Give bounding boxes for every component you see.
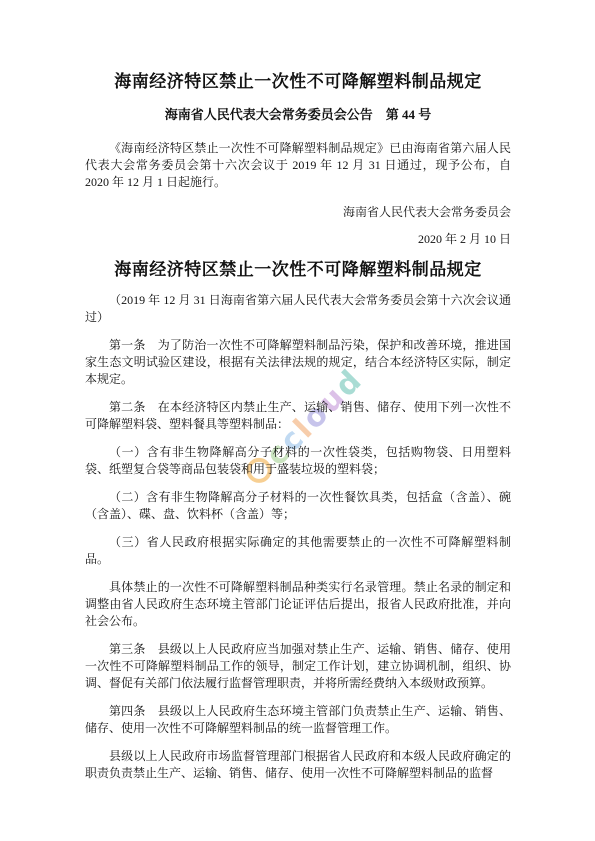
- issue-date: 2020 年 2 月 10 日: [85, 231, 511, 248]
- article-2-item-1: （一）含有非生物降解高分子材料的一次性袋类，包括购物袋、日用塑料袋、纸塑复合袋等…: [85, 444, 511, 478]
- announcement-number: 海南省人民代表大会常务委员会公告 第 44 号: [85, 106, 511, 124]
- article-4: 第四条 县级以上人民政府生态环境主管部门负责禁止生产、运输、销售、储存、使用一次…: [85, 703, 511, 737]
- article-2: 第二条 在本经济特区内禁止生产、运输、销售、储存、使用下列一次性不可降解塑料袋、…: [85, 399, 511, 433]
- regulation-title: 海南经济特区禁止一次性不可降解塑料制品规定: [85, 258, 511, 282]
- announcement-title: 海南经济特区禁止一次性不可降解塑料制品规定: [85, 70, 511, 94]
- adoption-note: （2019 年 12 月 31 日海南省第六届人民代表大会常务委员会第十六次会议…: [85, 292, 511, 326]
- article-3: 第三条 县级以上人民政府应当加强对禁止生产、运输、销售、储存、使用一次性不可降解…: [85, 641, 511, 692]
- article-4-continuation: 县级以上人民政府市场监督管理部门根据省人民政府和本级人民政府确定的职责负责禁止生…: [85, 748, 511, 782]
- document-page: ccloud 海南经济特区禁止一次性不可降解塑料制品规定 海南省人民代表大会常务…: [0, 0, 595, 841]
- article-1: 第一条 为了防治一次性不可降解塑料制品污染，保护和改善环境，推进国家生态文明试验…: [85, 337, 511, 388]
- article-2-item-3: （三）省人民政府根据实际确定的其他需要禁止的一次性不可降解塑料制品。: [85, 534, 511, 568]
- issuer-line: 海南省人民代表大会常务委员会: [85, 204, 511, 221]
- article-2-catalog-paragraph: 具体禁止的一次性不可降解塑料制品种类实行名录管理。禁止名录的制定和调整由省人民政…: [85, 579, 511, 630]
- document-content: 海南经济特区禁止一次性不可降解塑料制品规定 海南省人民代表大会常务委员会公告 第…: [0, 0, 595, 782]
- announcement-body: 《海南经济特区禁止一次性不可降解塑料制品规定》已由海南省第六届人民代表大会常务委…: [85, 140, 511, 191]
- article-2-item-2: （二）含有非生物降解高分子材料的一次性餐饮具类，包括盒（含盖）、碗（含盖）、碟、…: [85, 489, 511, 523]
